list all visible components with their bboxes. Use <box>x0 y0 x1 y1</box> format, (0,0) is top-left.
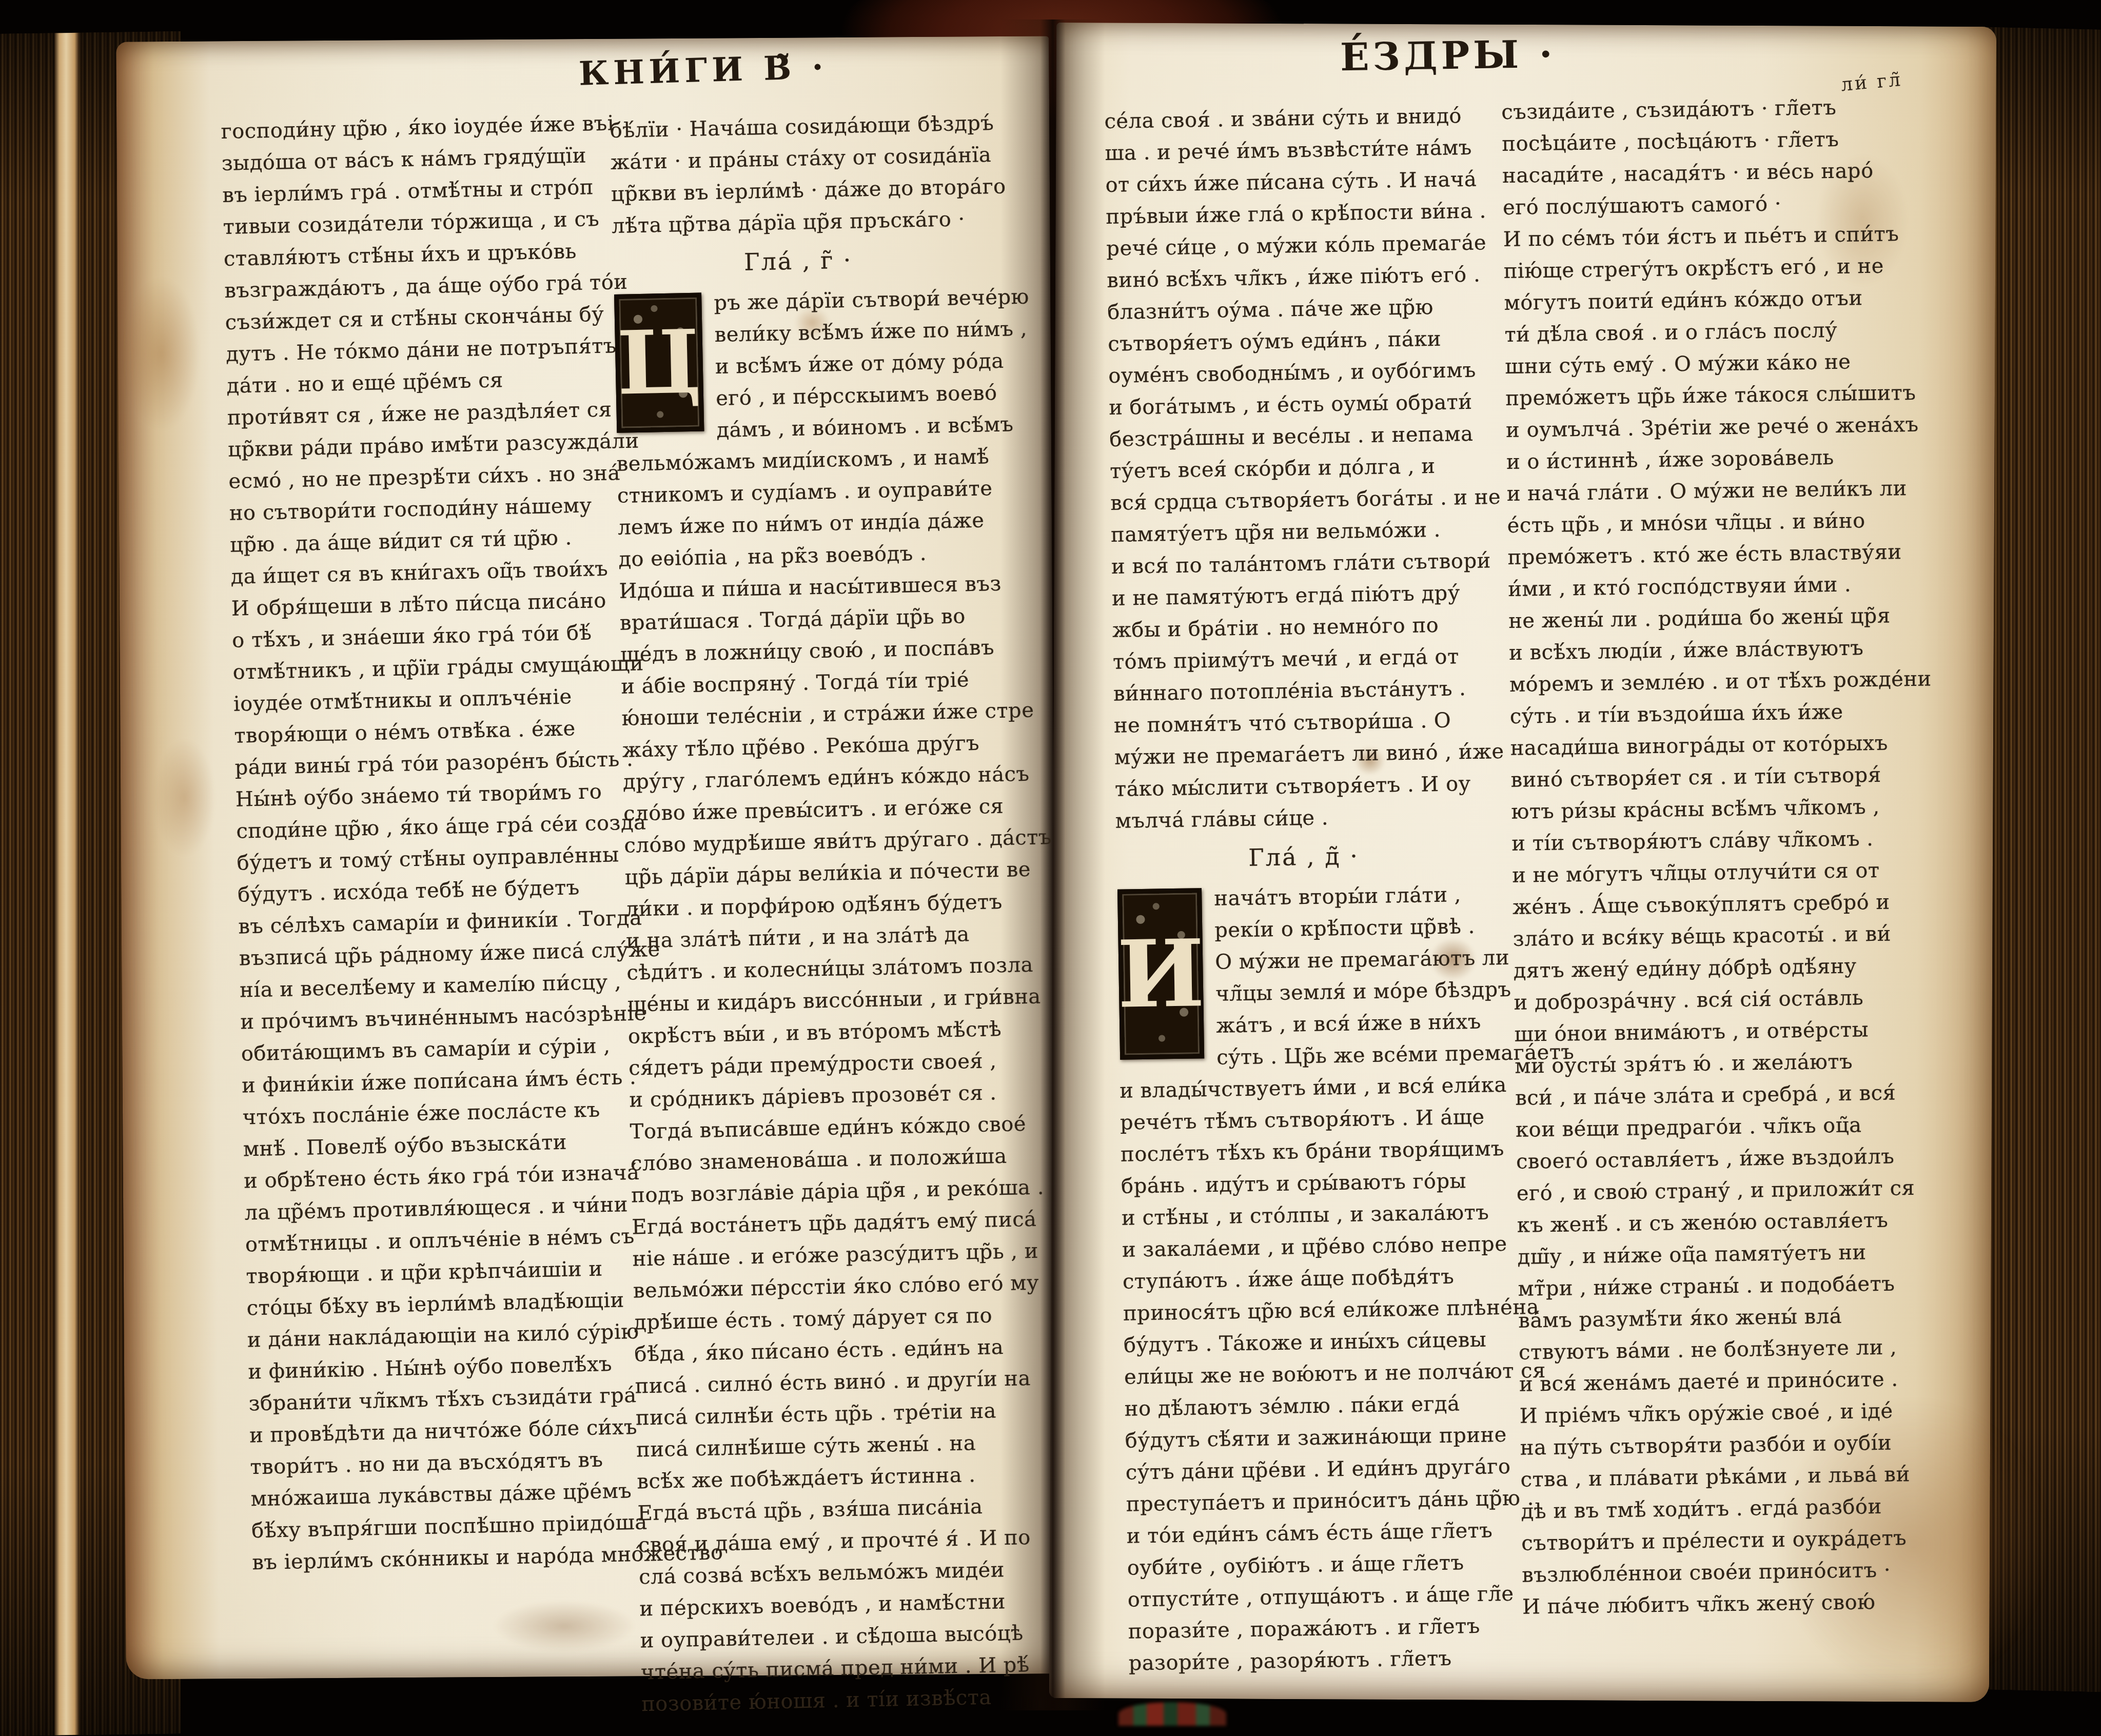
text-line: ви́ннаго потопле́ніа въста́нутъ . <box>1113 672 1489 709</box>
text-line: и вся́ жена́мъ даете́ и прино́сите . <box>1519 1364 1894 1400</box>
left-page-column-1: господи́ну цр̃ю , я́ко іоуде́е и́же въіз… <box>221 108 618 1579</box>
text-line: рече́ си́це , о му́жи ко́ль премага́е <box>1106 227 1482 264</box>
text-line: и не мо́гутъ чл̃цы отлучи́ти ся от <box>1512 855 1887 892</box>
right-page-column-1: се́ла своя́ . и зва́ни су́ть и внидо́ша … <box>1104 100 1504 1680</box>
text-line: кои ве́щи предраго́и . чл̃къ оц̃а <box>1516 1109 1891 1146</box>
text-line: посѣца́ите , посѣца́ютъ · гл̃етъ <box>1502 123 1877 160</box>
text-line: жбы и бра́тіи . но немно́го по <box>1112 608 1488 646</box>
text-line: его́ послу́шаютъ самого́ · <box>1503 187 1878 224</box>
text-line: и ті́и сътворя́ютъ сла́ву чл̃комъ . <box>1511 823 1887 860</box>
text-line: шни су́ть ему́ . О му́жи ка́ко не <box>1505 346 1880 383</box>
text-line: на пу́ть сътворя́ти разбо́и и оубі́и <box>1520 1427 1895 1464</box>
text-line: и́ми , и кто́ госпо́дствуяи и́ми . <box>1508 568 1883 605</box>
text-line: ступа́ютъ . и́же а́ще побѣдя́тъ <box>1123 1260 1499 1297</box>
text-line: позови́те ю́ношя . и ті́и извѣ́ста <box>641 1681 1013 1721</box>
text-line: премо́жетъ цр̃ь и́же та́кося слы́шитъ <box>1505 378 1880 415</box>
text-line: И пріе́мъ чл̃къ ору́жіе свое́ , и іде́ <box>1519 1395 1894 1432</box>
text-line: зла́то и вся́ку ве́щь красоты́ . и ви́ <box>1513 918 1888 955</box>
text-line: но дѣ́лаютъ зе́млю . па́ки егда́ <box>1124 1387 1500 1425</box>
text-line: му́жи не премага́етъ ли вино́ , и́же <box>1114 736 1490 773</box>
text-line: дѣ и въ тмѣ́ ходи́тъ . егда́ разбо́и <box>1521 1491 1896 1528</box>
chapter-heading: Гла́ , д̃ · <box>1115 831 1491 884</box>
text-line: не помня́тъ что́ сътвори́ша . О <box>1114 704 1490 741</box>
text-line: сътворя́етъ оу́мъ еди́нъ , па́ки <box>1108 322 1484 360</box>
text-line: после́тъ тѣ́хъ къ бра́ни творя́щимъ <box>1121 1133 1497 1170</box>
text-line: и влады́чствуетъ и́ми , и вся́ ели́ка <box>1120 1069 1496 1107</box>
text-line: и доброзра́чну . вся́ сія́ оста́вль <box>1514 982 1889 1019</box>
text-line: та́ко мы́слити сътворя́етъ . И оу <box>1114 767 1490 805</box>
text-line: су́тъ да́ни цр̃е́ви . И еди́нъ друга́го <box>1125 1451 1501 1488</box>
text-line: ели́цы же не вою́ютъ и не полча́ют ся <box>1124 1355 1500 1393</box>
text-line: же́нъ . А́ще съвоку́плятъ сребро́ и <box>1513 886 1888 923</box>
text-line: се́ла своя́ . и зва́ни су́ть и внидо́ <box>1104 100 1480 137</box>
endband <box>1118 1702 1226 1726</box>
book-photo: КНИ́ГИ В̃ · Е́ЗДРЫ · ли́ гл̃ господи́ну … <box>0 0 2101 1736</box>
text-line: ми оусты́ зря́тъ ю́ . и жела́ютъ <box>1515 1045 1890 1082</box>
text-line: вся́ срдца сътворя́етъ бога́ты . и не <box>1110 481 1486 519</box>
text-line: и бога́тымъ , и е́сть оумы́ обрати́ <box>1109 386 1485 423</box>
text-line: и о и́стиннѣ , и́же зорова́вель <box>1506 441 1881 478</box>
text-line: и закала́еми , и цр̃е́во сло́во непре <box>1122 1228 1498 1266</box>
text-line: насади́те , насадя́тъ · и ве́сь наро́ <box>1502 155 1877 192</box>
text-line: су́ть . и ті́и въздои́ша и́хъ и́же <box>1509 696 1884 733</box>
text-line: и нача́ гла́ти . О му́жи не вели́къ ли <box>1506 473 1881 510</box>
text-line: възлюбле́ннои свое́и прино́ситъ · <box>1522 1554 1897 1591</box>
right-page-column-2: съзида́ите , съзида́ютъ · гл̃етъпосѣца́и… <box>1501 91 1897 1623</box>
text-line: И па́че лю́битъ чл̃къ жену́ свою́ <box>1522 1586 1897 1623</box>
text-line: ютъ ри́зы кра́сны всѣ́мъ чл̃комъ , <box>1511 791 1886 828</box>
text-line: оуби́те , оубію́тъ . и а́ще гл̃етъ <box>1127 1546 1503 1584</box>
text-line: мо́ремъ и земле́ю . и от тѣ́хъ рожде́ни <box>1509 664 1884 701</box>
text-line: сътвори́тъ и пре́лести и оукра́детъ <box>1521 1523 1896 1560</box>
text-line: съзида́ите , съзида́ютъ · гл̃етъ <box>1501 91 1876 128</box>
text-line: принося́тъ цр̃ю вся́ ели́коже плѣне́на <box>1123 1292 1499 1329</box>
text-line: ша . и рече́ и́мъ възвѣсти́те на́мъ <box>1105 131 1481 169</box>
text-line: ти́ дѣ́ла своя́ . и о гла́съ послу́ <box>1504 314 1879 351</box>
text-line: безстра́шны и весе́лы . и непама <box>1109 418 1485 455</box>
text-line: и не памяту́ютъ егда́ пію́тъ дру́ <box>1112 577 1488 614</box>
text-line: мт̃ри , ни́же страны́ . и подоба́етъ <box>1518 1268 1893 1305</box>
text-line: дш̃у , и ни́же оц̃а памяту́етъ ни <box>1517 1236 1892 1273</box>
text-line: его́ , и свою́ страну́ , и приложи́т ся <box>1516 1173 1891 1210</box>
text-line: и оумълча́ . Зре́тіи же рече́ о жена́хъ <box>1506 409 1881 446</box>
text-line: не жены́ ли . роди́ша бо жены́ цр̃я <box>1508 600 1883 637</box>
text-line: рече́тъ тѣ́мъ сътворя́ютъ . И а́ще <box>1120 1101 1496 1138</box>
text-line: вино́ сътворя́ет ся . и ті́и сътворя́ <box>1510 759 1886 796</box>
text-line: вси́ , и па́че зла́та и сребра́ , и вся́ <box>1515 1077 1890 1114</box>
ornamental-initial: И <box>1117 888 1204 1060</box>
text-line: ва́мъ разумѣ́ти я́ко жены́ вла́ <box>1518 1300 1893 1337</box>
text-line: вино́ всѣ́хъ чл̃къ , и́же пію́тъ его́ . <box>1107 259 1483 296</box>
text-line: то́мъ пріиму́тъ мечи́ , и егда́ от <box>1113 640 1489 678</box>
text-line: порази́те , поража́ютъ . и гл̃етъ <box>1128 1610 1504 1647</box>
text-line: преступа́етъ и прино́ситъ да́нь цр̃ю . <box>1126 1483 1502 1520</box>
text-line: ствуютъ ва́ми . не болѣ́знуете ли , <box>1519 1332 1894 1369</box>
text-line: ту́етъ всея́ ско́рби и до́лга , и <box>1110 449 1486 487</box>
ornamental-initial: Ц <box>614 292 704 432</box>
text-line: насади́ша виногра́ды от кото́рыхъ <box>1510 727 1885 764</box>
text-line: оуме́нъ свободны́мъ , и оубо́гимъ <box>1108 354 1484 391</box>
running-header-left: КНИ́ГИ В̃ · <box>578 48 829 93</box>
text-line: ства , и пла́вати рѣка́ми , и льва́ ви́ <box>1520 1459 1895 1496</box>
text-line: премо́жетъ . кто́ же е́сть властву́яи <box>1507 537 1882 574</box>
left-page-column-2: бѣ́лїи · Нача́ша соѕида́ющи бѣздръ́жа́ти… <box>610 107 1013 1720</box>
text-line: И по се́мъ то́и я́стъ и пье́тъ и спи́тъ <box>1503 219 1878 255</box>
text-line: своего́ оставля́етъ , и́же въздои́лъ <box>1516 1141 1891 1178</box>
text-line: е́сть цр̃ь , и мно́ѕи чл̃цы . и ви́но <box>1507 505 1882 542</box>
text-line: от си́хъ и́же пи́сана су́ть . И нача́ <box>1105 163 1481 201</box>
text-line: пръ́выи и́же гла́ о крѣ́пости ви́на . <box>1106 195 1482 232</box>
text-line: и вся́ по тала́нтомъ гла́ти сътвори́ <box>1111 545 1487 582</box>
text-line: памяту́етъ цр̃я ни вельмо́жи . <box>1111 513 1487 550</box>
text-line: мо́гутъ поити́ еди́нъ ко́ждо отъи <box>1504 282 1879 319</box>
text-line: бра́нь . иду́тъ и сры́ваютъ го́ры <box>1121 1165 1497 1202</box>
text-line: ши о́нои внима́ютъ , и отве́рсты <box>1514 1014 1889 1051</box>
text-line: дятъ жену́ еди́ну до́брѣ одѣ́яну <box>1513 950 1888 987</box>
text-line: разори́те , разоря́ютъ . гл̃етъ <box>1128 1642 1504 1679</box>
text-line: блазни́тъ оу́ма . па́че же цр̃ю <box>1107 290 1483 328</box>
running-header-right: Е́ЗДРЫ · <box>1340 32 1556 80</box>
protruding-page-edge <box>54 33 79 1735</box>
text-line: и то́и еди́нъ са́мъ е́сть а́ще гл̃етъ <box>1126 1514 1502 1552</box>
text-line: пію́ще стрегу́тъ окрѣ́стъ его́ , и не <box>1503 250 1878 287</box>
text-line: бу́дутъ . Та́коже и ины́хъ си́цевы <box>1123 1324 1499 1361</box>
text-line: и всѣ́хъ люді́и , и́же вла́ствуютъ <box>1509 632 1884 669</box>
chapter-heading: Гла́ , г̃ · <box>612 234 985 289</box>
text-line: бу́дутъ сѣ́яти и зажина́ющи прине <box>1125 1419 1501 1456</box>
text-line: отпусти́те , отпуща́ютъ . и а́ще гл̃е <box>1127 1578 1503 1615</box>
text-line: и стѣ́ны , и сто́лпы , и закала́ютъ <box>1122 1196 1498 1234</box>
text-line: мълча́ гла́вы си́це . <box>1115 799 1491 837</box>
text-line: къ женѣ́ . и съ жено́ю оставля́етъ <box>1517 1205 1892 1241</box>
